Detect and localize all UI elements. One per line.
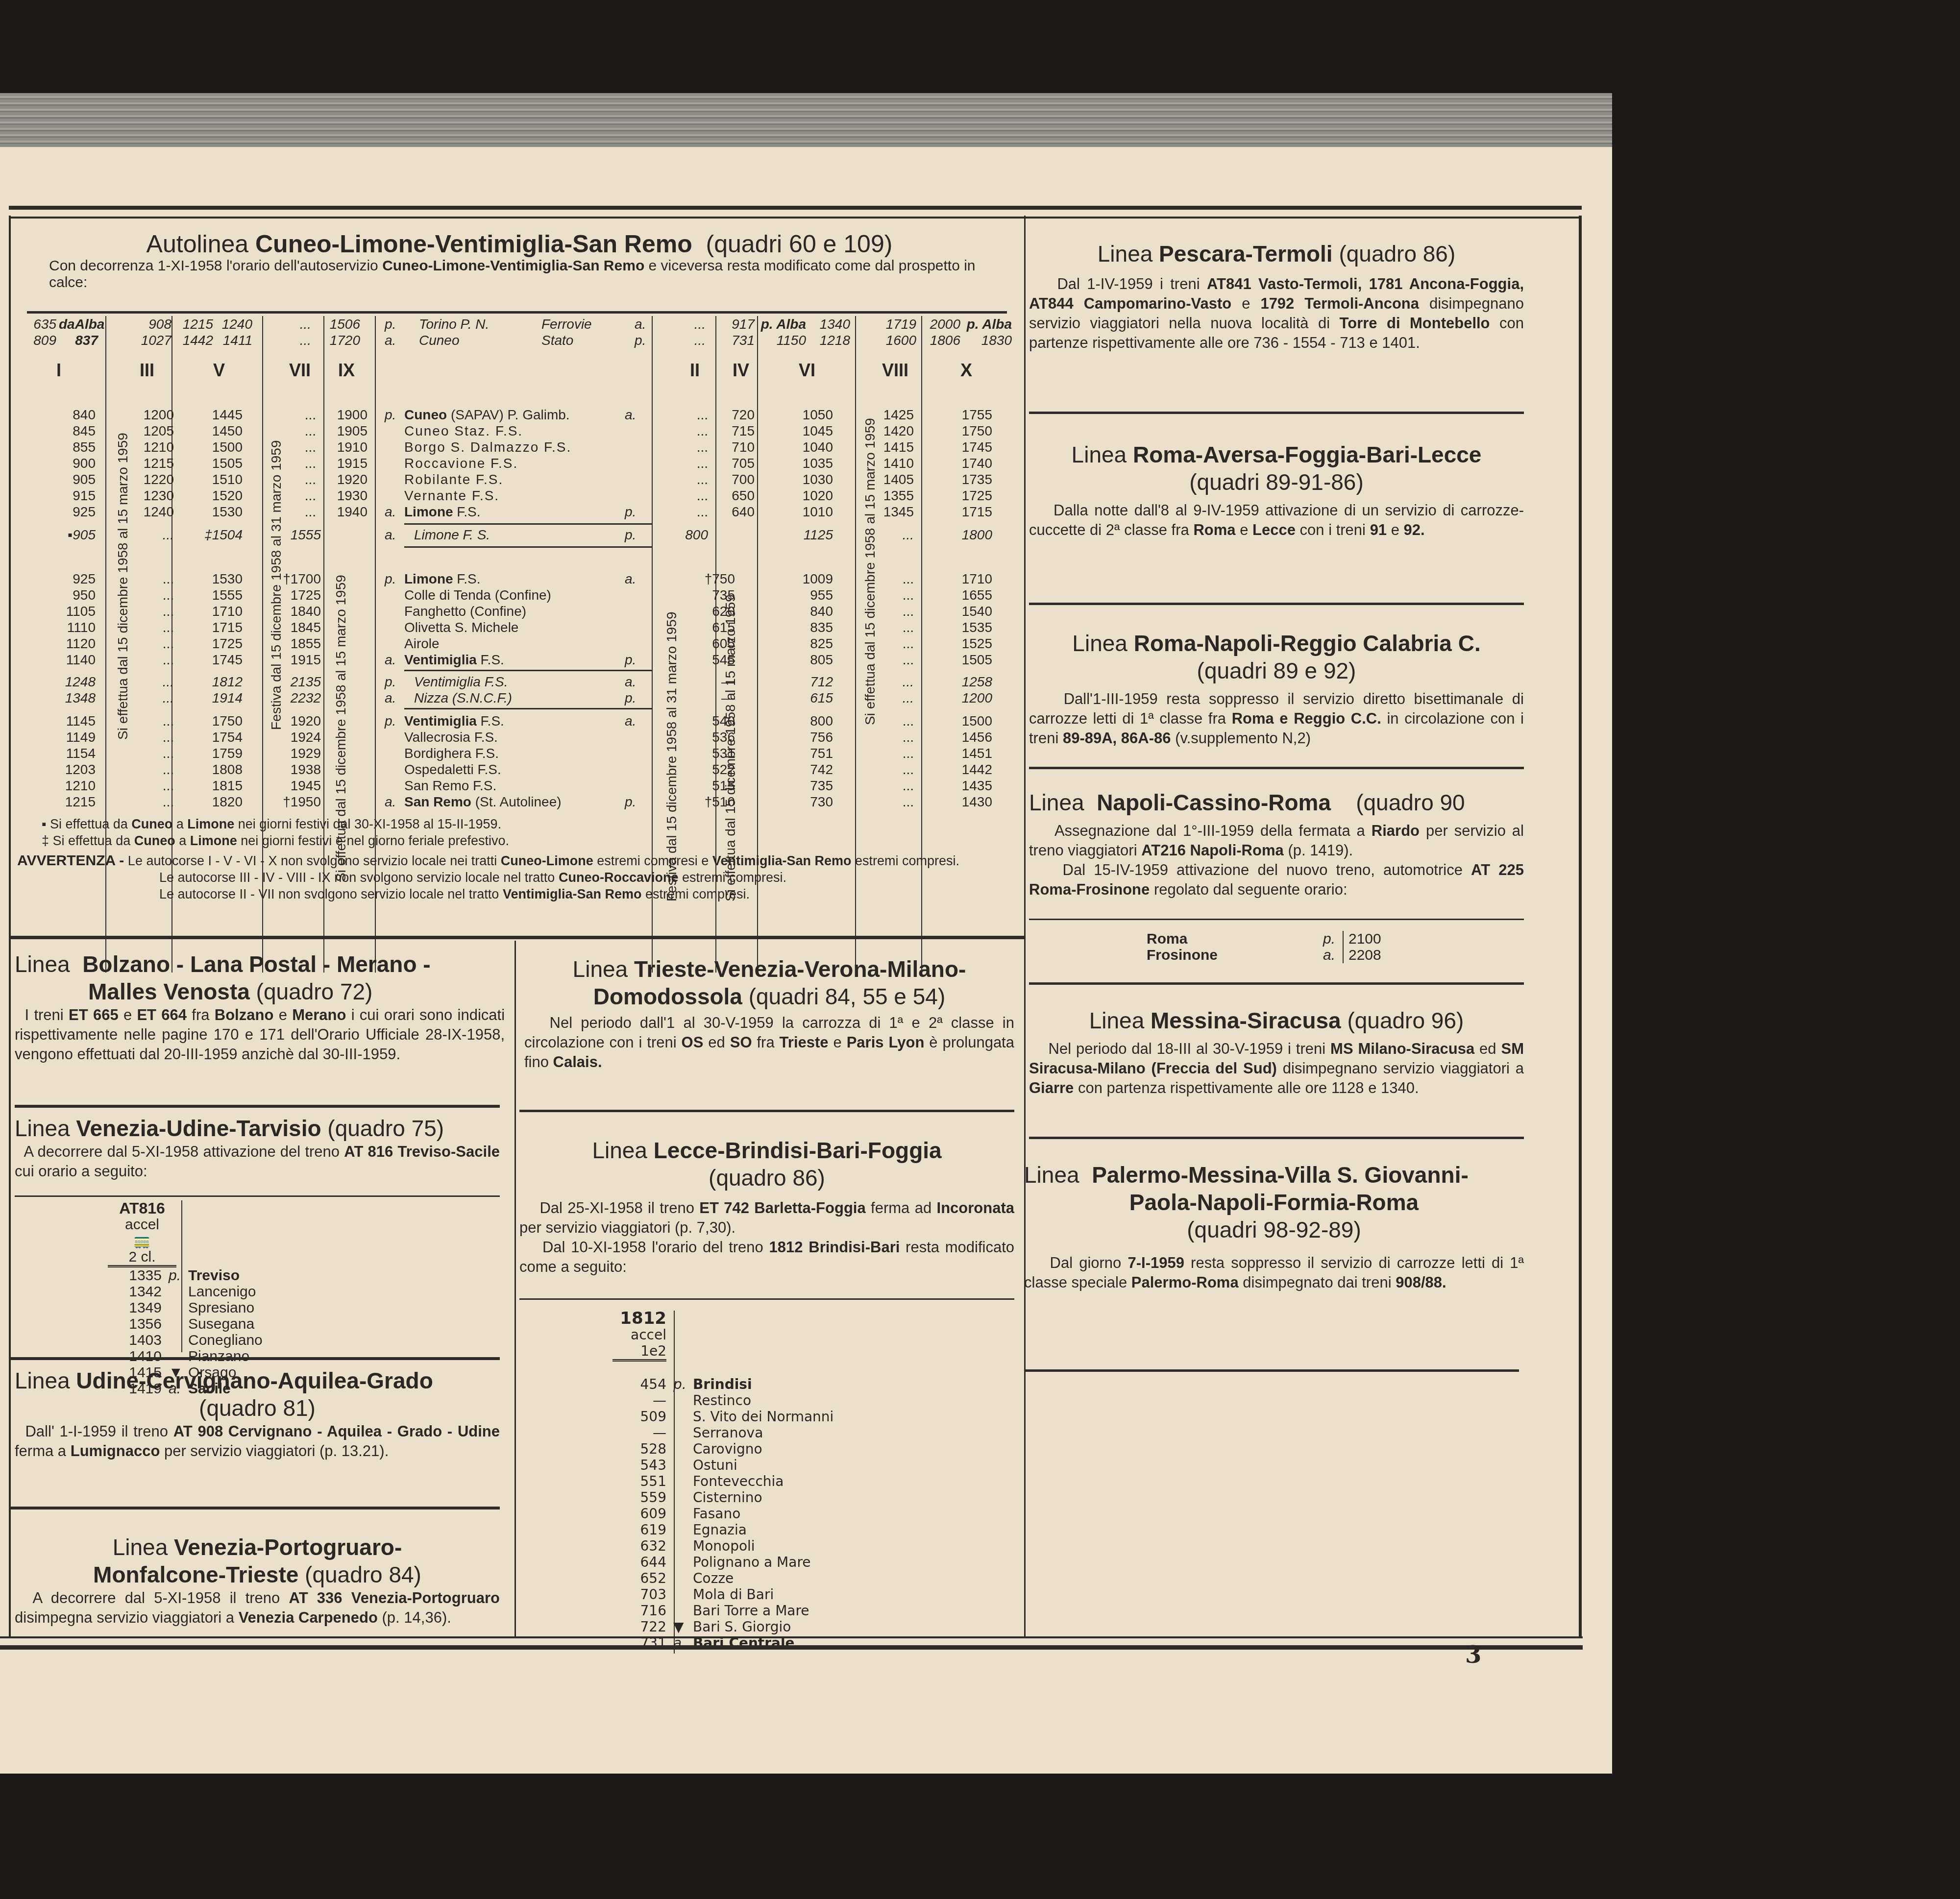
column-divider-middle <box>514 941 516 1636</box>
udine-grado-section: Linea Udine-Cervignano-Aquilea-Grado (qu… <box>15 1367 500 1461</box>
train-1812-timetable: 1812 accel 1e2 454p.Brindisi —Restinco 5… <box>612 1311 833 1651</box>
avvertenza: AVVERTENZA - Le autocorse I - V - VI - X… <box>17 852 997 902</box>
footnote: ‡ Si effettua da Cuneo a Limone nei gior… <box>42 832 997 849</box>
corsa-IV: IV <box>733 360 749 381</box>
pescara-section: Linea Pescara-Termoli (quadro 86) Dal 1-… <box>1029 240 1524 353</box>
stop-row: 454p.Brindisi <box>612 1376 833 1392</box>
palermo-section: Linea Palermo-Messina-Villa S. Giovanni-… <box>1024 1161 1524 1292</box>
tt-sep <box>181 1200 182 1352</box>
stop-row: 722▼Bari S. Giorgio <box>612 1619 833 1635</box>
stop-row: 1403Conegliano <box>108 1332 263 1348</box>
stop-row: 1342Lancenigo <box>108 1284 263 1300</box>
section-rule <box>10 936 1024 939</box>
section-rule <box>1029 603 1524 605</box>
section-rule <box>15 1105 500 1108</box>
stop-row: 716Bari Torre a Mare <box>612 1603 833 1619</box>
stop-row: 632Monopoli <box>612 1538 833 1554</box>
corsa-III: III <box>140 360 154 381</box>
cuneo-section: Autolinea Cuneo-Limone-Ventimiglia-San R… <box>20 230 1019 291</box>
block-rule <box>404 670 652 671</box>
section-rule <box>519 1298 1014 1300</box>
section-rule <box>10 1357 500 1360</box>
section-rule <box>1029 982 1524 985</box>
stop-row: 509S. Vito dei Normanni <box>612 1409 833 1425</box>
stop-row: 559Cisternino <box>612 1489 833 1506</box>
section-rule <box>1029 1137 1524 1139</box>
footnote: ▪ Si effettua da Cuneo a Limone nei gior… <box>42 816 997 832</box>
section-rule <box>519 1110 1014 1112</box>
tt-sep <box>674 1311 675 1654</box>
section-rule <box>1029 919 1524 920</box>
stop-row: 551Fontevecchia <box>612 1473 833 1489</box>
cuneo-intro: Con decorrenza 1-XI-1958 l'orario dell'a… <box>20 258 1019 291</box>
corsa-IX: IX <box>338 360 355 381</box>
corsa-V: V <box>213 360 225 381</box>
corsa-X: X <box>960 360 972 381</box>
corsa-VI: VI <box>799 360 815 381</box>
stop-row: Frosinonea.2208 <box>1147 947 1381 963</box>
arrow-down-icon: ▼ <box>673 1619 693 1635</box>
messina-section: Linea Messina-Siracusa (quadro 96) Nel p… <box>1029 1007 1524 1098</box>
trieste-domodossola-section: Linea Trieste-Venezia-Verona-Milano- Dom… <box>524 955 1014 1072</box>
stop-row: 1349Spresiano <box>108 1300 263 1316</box>
bottom-border <box>0 1636 1583 1650</box>
bolzano-section: Linea Bolzano - Lana Postal - Merano - M… <box>15 950 505 1064</box>
stop-row: 703Mola di Bari <box>612 1586 833 1603</box>
roma-lecce-section: Linea Roma-Aversa-Foggia-Bari-Lecce (qua… <box>1029 441 1524 540</box>
stop-row: 1356Susegana <box>108 1316 263 1332</box>
stop-row: Romap.2100 <box>1147 931 1381 947</box>
corsa-VIII: VIII <box>882 360 908 381</box>
stop-row: 1335p.Treviso <box>108 1267 263 1284</box>
block-rule <box>404 708 652 709</box>
timetable-page: Autolinea Cuneo-Limone-Ventimiglia-San R… <box>0 147 1612 1774</box>
stop-row: 652Cozze <box>612 1570 833 1586</box>
stop-row: —Serranova <box>612 1425 833 1441</box>
stop-row: 644Polignano a Mare <box>612 1554 833 1570</box>
corsa-VII: VII <box>289 360 311 381</box>
section-rule <box>1029 412 1524 414</box>
railcar-icon: 🚃 <box>108 1233 176 1249</box>
section-rule <box>1024 1369 1519 1372</box>
section-rule <box>1029 767 1524 769</box>
stop-row: 528Carovigno <box>612 1441 833 1457</box>
vertical-note: Si effettua dal 15 dicembre 1958 al 15 m… <box>115 433 131 740</box>
block-rule <box>404 546 652 548</box>
napoli-roma-section: Linea Napoli-Cassino-Roma (quadro 90 Ass… <box>1029 789 1524 900</box>
cuneo-header-rule <box>27 311 1007 314</box>
stop-row: 1410Pianzano <box>108 1348 263 1364</box>
roma-reggio-section: Linea Roma-Napoli-Reggio Calabria C. (qu… <box>1029 630 1524 748</box>
section-rule <box>15 1195 500 1197</box>
corsa-I: I <box>56 360 61 381</box>
venezia-udine-section: Linea Venezia-Udine-Tarvisio (quadro 75)… <box>15 1115 500 1181</box>
stop-row: 619Egnazia <box>612 1522 833 1538</box>
book-page-edges <box>0 93 1612 147</box>
venezia-trieste-section: Linea Venezia-Portogruaro- Monfalcone-Tr… <box>15 1534 500 1628</box>
block-rule <box>404 523 652 525</box>
cuneo-footnotes: ▪ Si effettua da Cuneo a Limone nei gior… <box>42 816 997 849</box>
stop-row: —Restinco <box>612 1392 833 1409</box>
page-number: 3 <box>1465 1641 1481 1669</box>
cuneo-title: Autolinea Cuneo-Limone-Ventimiglia-San R… <box>20 230 1019 258</box>
at225-timetable: Romap.2100 Frosinonea.2208 <box>1147 931 1381 963</box>
stop-row: 609Fasano <box>612 1506 833 1522</box>
section-rule <box>10 1507 500 1509</box>
column-divider-right <box>1024 216 1026 1636</box>
stop-row: 543Ostuni <box>612 1457 833 1473</box>
lecce-foggia-section: Linea Lecce-Brindisi-Bari-Foggia (quadro… <box>519 1137 1014 1277</box>
corsa-II: II <box>690 360 700 381</box>
